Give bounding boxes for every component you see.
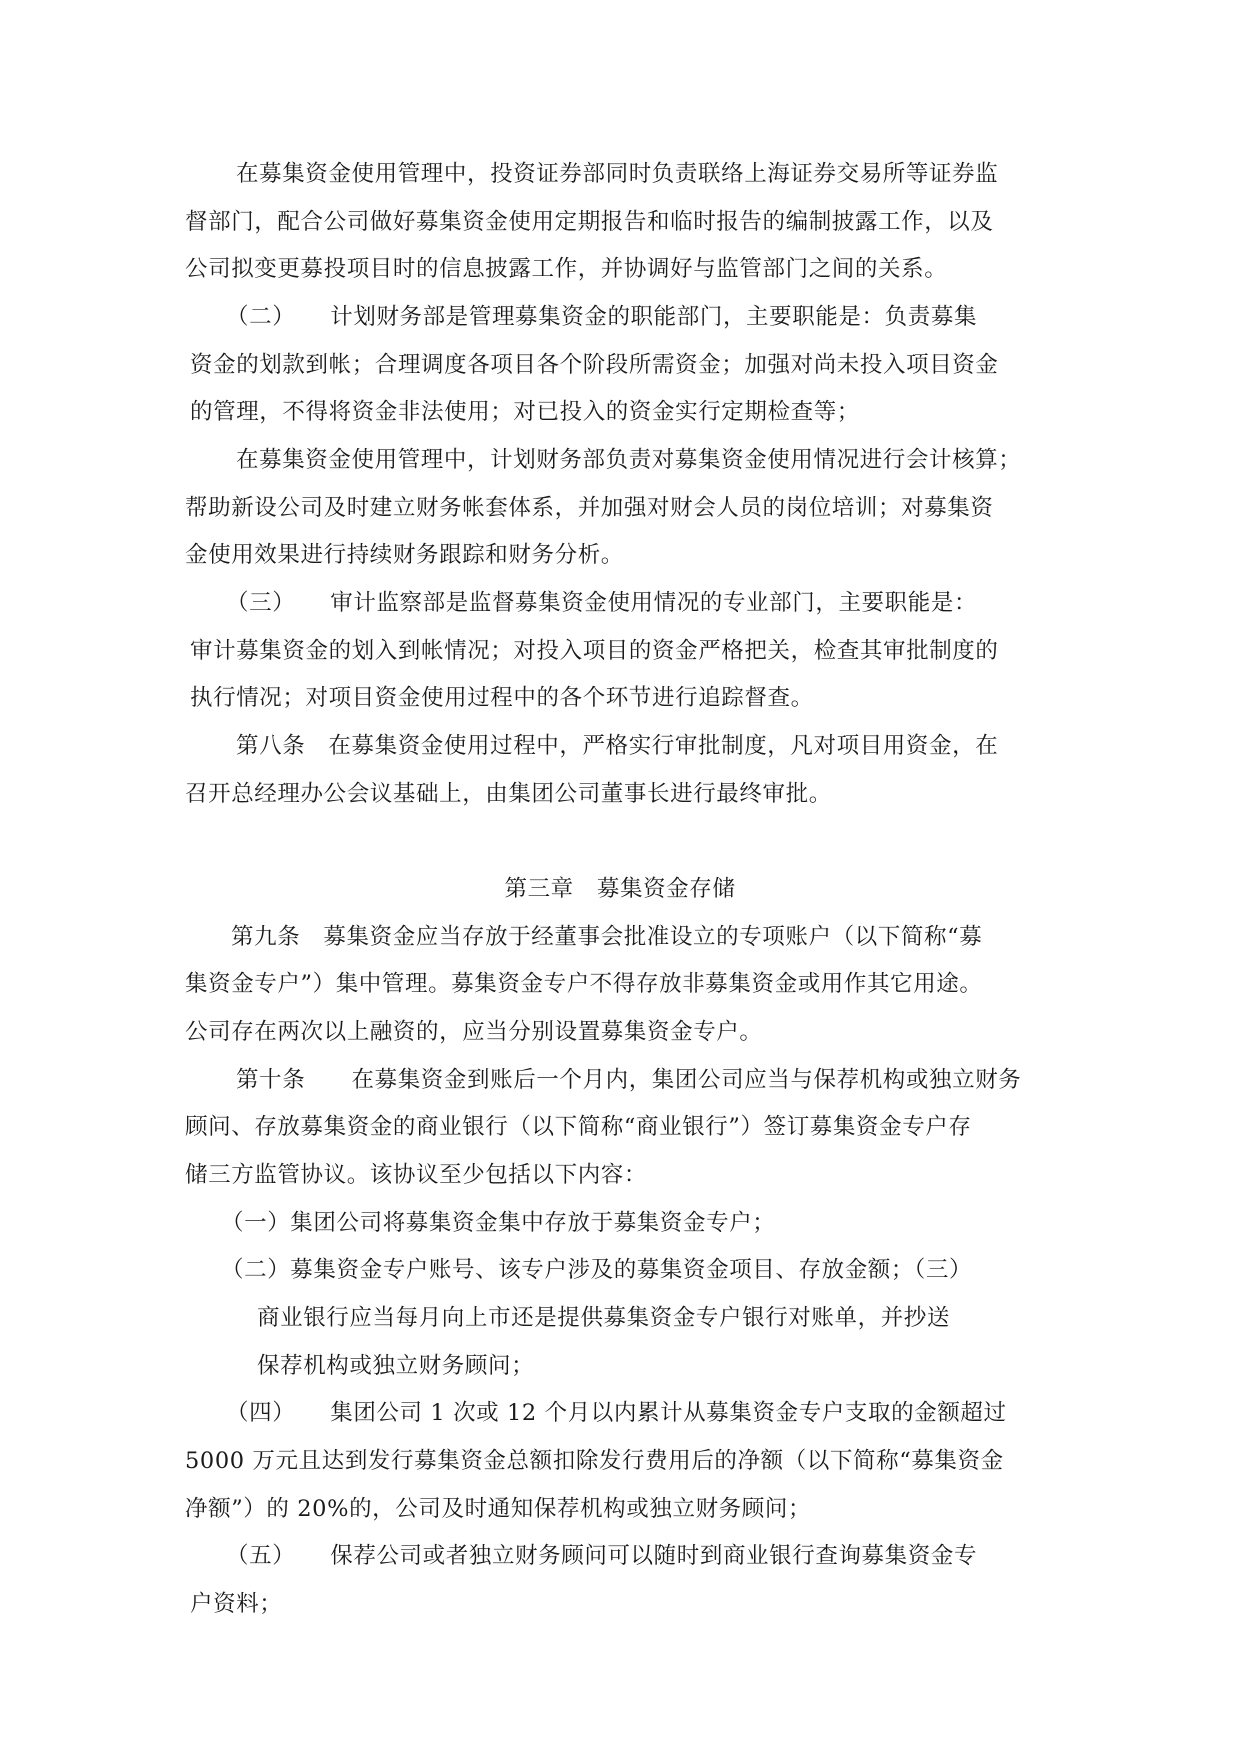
text-line: 在募集资金使用管理中，计划财务部负责对募集资金使用情况进行会计核算；: [236, 445, 1021, 475]
text-line: 储三方监管协议。该协议至少包括以下内容：: [185, 1160, 647, 1190]
text-line: （一）集团公司将募集资金集中存放于募集资金专户；: [221, 1208, 775, 1238]
text-line: （五） 保荐公司或者独立财务顾问可以随时到商业银行查询募集资金专: [226, 1541, 977, 1571]
text-line: 第九条 募集资金应当存放于经董事会批准设立的专项账户（以下简称“募: [231, 922, 982, 952]
chapter-title: 第三章 募集资金存储: [0, 874, 1240, 904]
text-line: 审计募集资金的划入到帐情况；对投入项目的资金严格把关，检查其审批制度的: [190, 636, 999, 666]
text-line: 商业银行应当每月向上市还是提供募集资金专户银行对账单，并抄送: [257, 1303, 950, 1333]
text-line: 资金的划款到帐；合理调度各项目各个阶段所需资金；加强对尚未投入项目资金: [190, 350, 999, 380]
document-page: 在募集资金使用管理中，投资证券部同时负责联络上海证券交易所等证券监督部门，配合公…: [0, 0, 1240, 1754]
text-line: 户资料；: [190, 1589, 282, 1619]
text-line: 公司存在两次以上融资的，应当分别设置募集资金专户。: [185, 1017, 763, 1047]
text-line: 第十条 在募集资金到账后一个月内，集团公司应当与保荐机构或独立财务: [236, 1065, 1021, 1095]
text-line: （三） 审计监察部是监督募集资金使用情况的专业部门，主要职能是：: [226, 588, 977, 618]
text-line: （二）募集资金专户账号、该专户涉及的募集资金项目、存放金额；（三）: [221, 1255, 972, 1285]
text-line: （四） 集团公司 1 次或 12 个月以内累计从募集资金专户支取的金额超过: [226, 1398, 1007, 1428]
text-line: 保荐机构或独立财务顾问；: [257, 1351, 534, 1381]
text-line: 第八条 在募集资金使用过程中，严格实行审批制度，凡对项目用资金，在: [236, 731, 998, 761]
text-line: 执行情况；对项目资金使用过程中的各个环节进行追踪督查。: [190, 683, 814, 713]
text-line: 金使用效果进行持续财务跟踪和财务分析。: [185, 540, 624, 570]
text-line: 顾问、存放募集资金的商业银行（以下简称“商业银行”）签订募集资金专户存: [185, 1112, 972, 1142]
text-line: （二） 计划财务部是管理募集资金的职能部门，主要职能是：负责募集: [226, 302, 977, 332]
text-line: 帮助新设公司及时建立财务帐套体系，并加强对财会人员的岗位培训；对募集资: [185, 493, 994, 523]
text-line: 集资金专户”）集中管理。募集资金专户不得存放非募集资金或用作其它用途。: [185, 969, 983, 999]
text-line: 5000 万元且达到发行募集资金总额扣除发行费用后的净额（以下简称“募集资金: [185, 1446, 1004, 1476]
text-line: 公司拟变更募投项目时的信息披露工作，并协调好与监管部门之间的关系。: [185, 254, 947, 284]
text-line: 督部门，配合公司做好募集资金使用定期报告和临时报告的编制披露工作，以及: [185, 207, 994, 237]
text-line: 的管理，不得将资金非法使用；对已投入的资金实行定期检查等；: [190, 397, 860, 427]
text-line: 在募集资金使用管理中，投资证券部同时负责联络上海证券交易所等证券监: [236, 159, 998, 189]
text-line: 召开总经理办公会议基础上，由集团公司董事长进行最终审批。: [185, 779, 832, 809]
text-line: 净额”）的 20%的，公司及时通知保荐机构或独立财务顾问；: [185, 1494, 811, 1524]
